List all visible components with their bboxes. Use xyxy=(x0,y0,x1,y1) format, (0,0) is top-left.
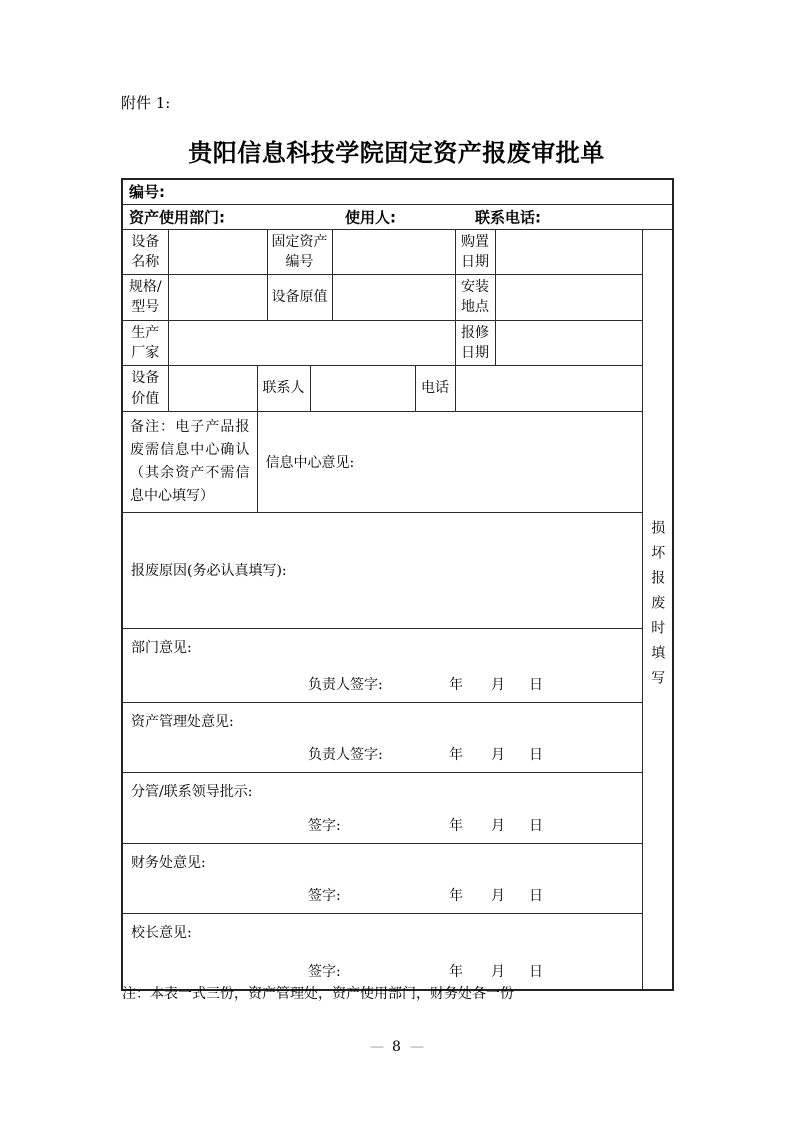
row-president-opinion: 校长意见: 签字: 年 月 日 xyxy=(122,913,673,990)
page-number-value: 8 xyxy=(392,1039,401,1055)
row-finance-opinion: 财务处意见: 签字: 年 月 日 xyxy=(122,843,673,913)
page-number-dash-left: — xyxy=(361,1039,392,1055)
side-note-vertical-text: 损坏报废时填写 xyxy=(650,520,664,695)
day-label: 日 xyxy=(529,815,543,835)
day-label: 日 xyxy=(529,674,543,694)
page-number: —8— xyxy=(0,1039,793,1055)
remark-cell: 备注：电子产品报废需信息中心确认（其余资产不需信息中心填写） xyxy=(122,411,257,512)
row-device-value: 设备价值 联系人 电话 xyxy=(122,366,673,412)
month-label: 月 xyxy=(491,674,505,694)
footer-note: 注：本表一式三份，资产管理处，资产使用部门，财务处各一份 xyxy=(122,983,514,1003)
attachment-label: 附件 1: xyxy=(121,92,170,113)
signature-row: 负责人签字: 年 月 日 xyxy=(123,674,642,693)
signature-row: 签字: 年 月 日 xyxy=(123,961,642,980)
leader-instruction-cell: 分管/联系领导批示: 签字: 年 月 日 xyxy=(122,772,642,843)
device-name-value-cell xyxy=(168,229,267,275)
scrap-reason-cell: 报废原因(务必认真填写): xyxy=(122,512,642,628)
year-label: 年 xyxy=(449,815,463,835)
president-opinion-cell: 校长意见: 签字: 年 月 日 xyxy=(122,913,642,990)
phone-label: 电话 xyxy=(415,366,455,412)
year-label: 年 xyxy=(449,885,463,905)
repair-date-label: 报修日期 xyxy=(455,320,495,366)
department-user-phone-cell: 资产使用部门: 使用人: 联系电话: xyxy=(122,204,673,229)
original-value-label: 设备原值 xyxy=(267,275,332,321)
row-leader-instruction: 分管/联系领导批示: 签字: 年 月 日 xyxy=(122,772,673,843)
contact-person-label: 联系人 xyxy=(257,366,310,412)
device-value-cell xyxy=(168,366,257,412)
signature-row: 签字: 年 月 日 xyxy=(123,885,642,904)
spec-model-label: 规格/型号 xyxy=(122,275,168,321)
row-department-user-phone: 资产使用部门: 使用人: 联系电话: xyxy=(122,204,673,229)
page-title: 贵阳信息科技学院固定资产报废审批单 xyxy=(0,133,793,168)
signature-label: 签字: xyxy=(308,885,341,905)
info-center-opinion-label: 信息中心意见: xyxy=(266,455,355,471)
signature-row: 签字: 年 月 日 xyxy=(123,815,642,834)
contact-person-value-cell xyxy=(310,366,415,412)
president-opinion-label: 校长意见: xyxy=(123,914,642,942)
manufacturer-value-cell xyxy=(168,320,455,366)
row-remark: 备注：电子产品报废需信息中心确认（其余资产不需信息中心填写） 信息中心意见: xyxy=(122,411,673,512)
month-label: 月 xyxy=(491,885,505,905)
device-name-label: 设备名称 xyxy=(122,229,168,275)
signature-label: 负责人签字: xyxy=(308,744,383,764)
row-spec-model: 规格/型号 设备原值 安装地点 xyxy=(122,275,673,321)
signature-row: 负责人签字: 年 月 日 xyxy=(123,744,642,763)
info-center-opinion-cell: 信息中心意见: xyxy=(257,411,642,512)
row-manufacturer: 生产厂家 报修日期 xyxy=(122,320,673,366)
user-label: 使用人: xyxy=(345,206,396,227)
row-number: 编号: xyxy=(122,179,673,204)
day-label: 日 xyxy=(529,885,543,905)
department-opinion-label: 部门意见: xyxy=(123,629,642,657)
month-label: 月 xyxy=(491,815,505,835)
manufacturer-label: 生产厂家 xyxy=(122,320,168,366)
document-page: 附件 1: 贵阳信息科技学院固定资产报废审批单 编号: 资产使用部门: 使用人:… xyxy=(0,0,793,1122)
form-number-label: 编号: xyxy=(129,183,165,201)
department-opinion-cell: 部门意见: 负责人签字: 年 月 日 xyxy=(122,628,642,702)
finance-opinion-cell: 财务处意见: 签字: 年 月 日 xyxy=(122,843,642,913)
year-label: 年 xyxy=(449,744,463,764)
asset-number-value-cell xyxy=(332,229,455,275)
row-scrap-reason: 报废原因(务必认真填写): xyxy=(122,512,673,628)
device-value-label: 设备价值 xyxy=(122,366,168,412)
month-label: 月 xyxy=(491,961,505,981)
asset-number-label: 固定资产编号 xyxy=(267,229,332,275)
row-device-name: 设备名称 固定资产编号 购置日期 损坏报废时填写 xyxy=(122,229,673,275)
original-value-cell xyxy=(332,275,455,321)
year-label: 年 xyxy=(449,674,463,694)
signature-label: 签字: xyxy=(308,961,341,981)
side-note-cell: 损坏报废时填写 xyxy=(642,229,673,990)
year-label: 年 xyxy=(449,961,463,981)
asset-scrap-approval-form: 编号: 资产使用部门: 使用人: 联系电话: 设备名称 固定资产编号 购置日期 … xyxy=(121,178,674,991)
page-number-dash-right: — xyxy=(401,1039,432,1055)
install-location-value-cell xyxy=(495,275,642,321)
signature-label: 负责人签字: xyxy=(308,674,383,694)
phone-value-cell xyxy=(455,366,642,412)
month-label: 月 xyxy=(491,744,505,764)
department-label: 资产使用部门: xyxy=(129,206,225,227)
day-label: 日 xyxy=(529,744,543,764)
contact-phone-label: 联系电话: xyxy=(475,206,541,227)
day-label: 日 xyxy=(529,961,543,981)
row-asset-office-opinion: 资产管理处意见: 负责人签字: 年 月 日 xyxy=(122,702,673,772)
finance-opinion-label: 财务处意见: xyxy=(123,844,642,872)
signature-label: 签字: xyxy=(308,815,341,835)
row-department-opinion: 部门意见: 负责人签字: 年 月 日 xyxy=(122,628,673,702)
install-location-label: 安装地点 xyxy=(455,275,495,321)
leader-instruction-label: 分管/联系领导批示: xyxy=(123,773,642,801)
scrap-reason-label: 报废原因(务必认真填写): xyxy=(131,563,287,579)
spec-model-value-cell xyxy=(168,275,267,321)
purchase-date-value-cell xyxy=(495,229,642,275)
repair-date-value-cell xyxy=(495,320,642,366)
asset-office-opinion-cell: 资产管理处意见: 负责人签字: 年 月 日 xyxy=(122,702,642,772)
asset-office-opinion-label: 资产管理处意见: xyxy=(123,703,642,731)
form-number-cell: 编号: xyxy=(122,179,673,204)
purchase-date-label: 购置日期 xyxy=(455,229,495,275)
